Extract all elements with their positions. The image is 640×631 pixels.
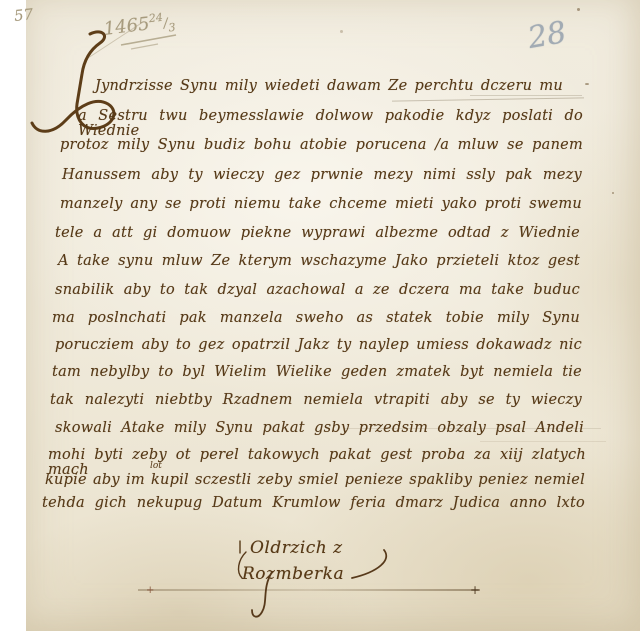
ink-speck	[340, 30, 343, 33]
ink-speck	[585, 83, 589, 85]
signature-flourish	[0, 0, 640, 631]
ink-speck	[612, 192, 614, 194]
ink-speck	[577, 8, 580, 11]
